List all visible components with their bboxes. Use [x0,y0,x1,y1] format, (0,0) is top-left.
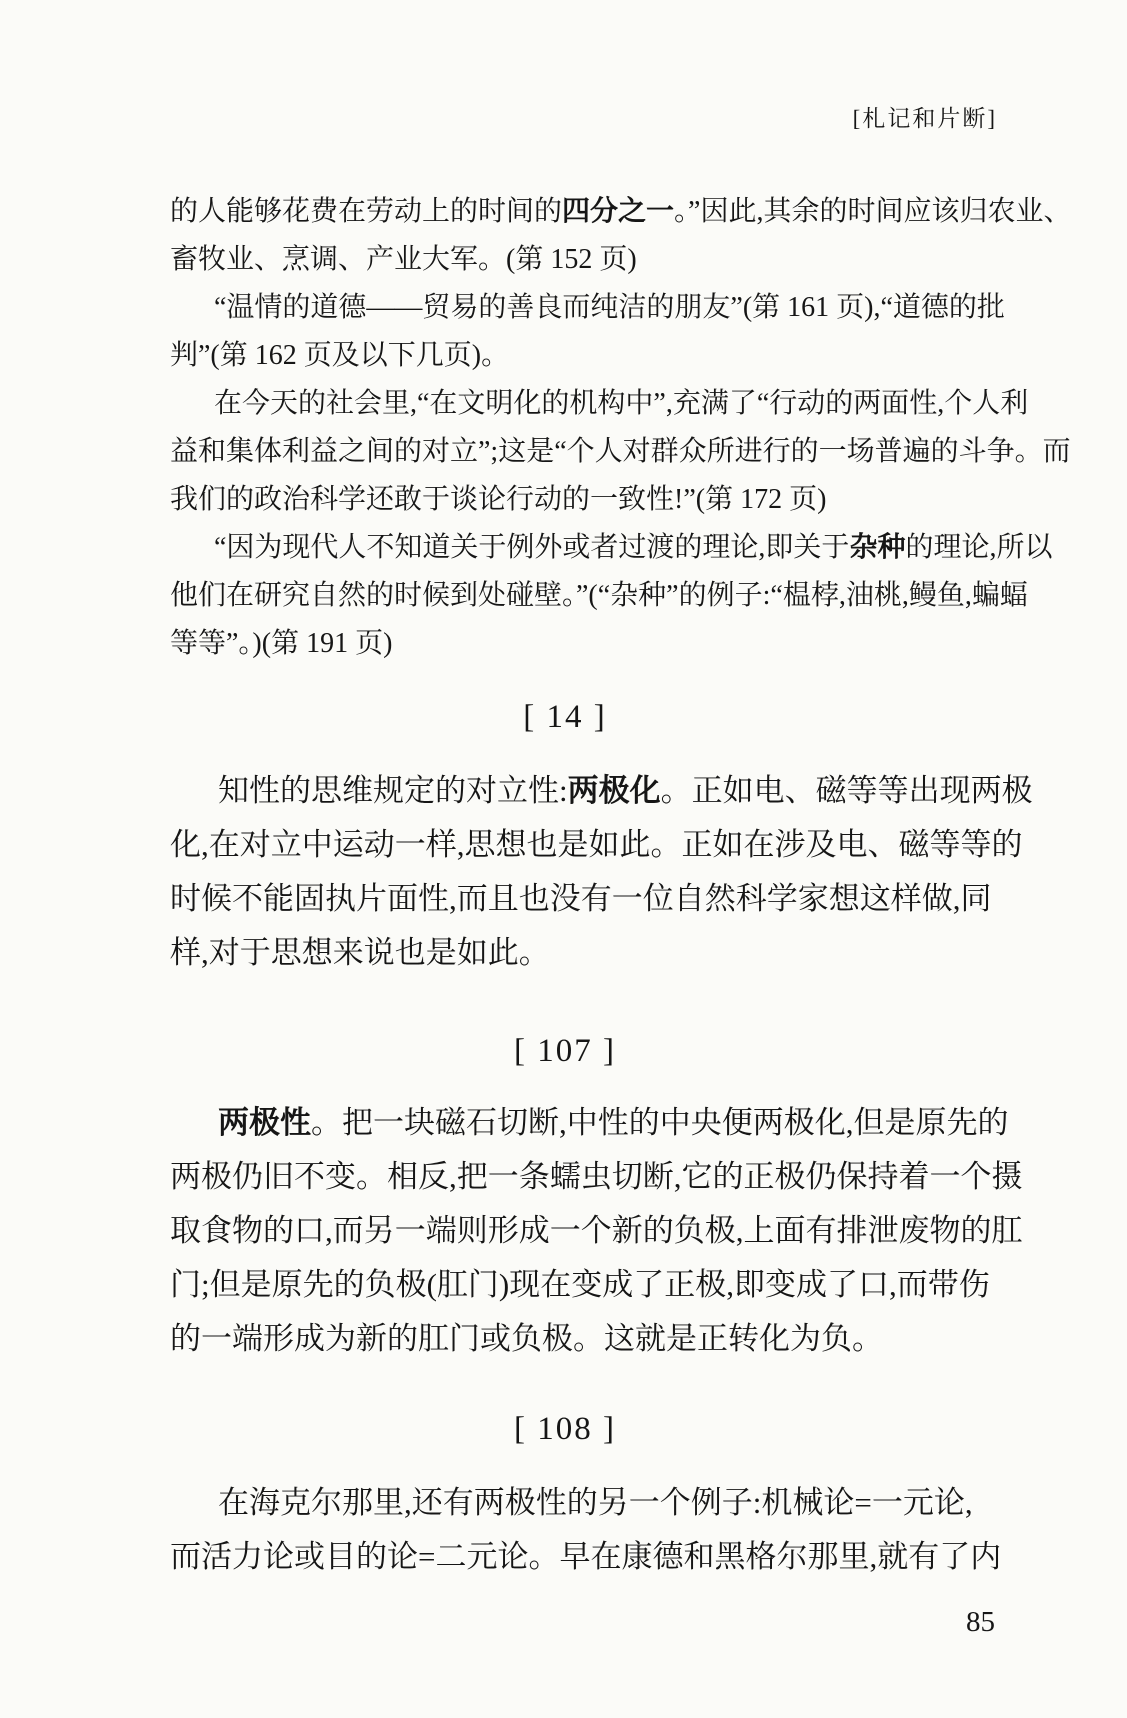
text-line: 两极仍旧不变。相反,把一条蠕虫切断,它的正极仍保持着一个摄 [170,1150,960,1204]
paragraph: 两极性。把一块磁石切断,中性的中央便两极化,但是原先的两极仍旧不变。相反,把一条… [170,1096,960,1366]
text-segment: 的理论,所以 [905,532,1052,563]
section-heading-108: [ 108 ] [170,1406,960,1452]
bold-text-segment: 两极化 [568,773,661,808]
text-segment: 。正如电、磁等等出现两极 [661,773,1033,808]
paragraph: “温情的道德——贸易的善良而纯洁的朋友”(第 161 页),“道德的批判”(第 … [170,284,960,380]
section-108-body: 在海克尔那里,还有两极性的另一个例子:机械论=一元论,而活力论或目的论=二元论。… [170,1476,960,1584]
text-line: 他们在研究自然的时候到处碰壁。”(“杂种”的例子:“榅桲,油桃,鳗鱼,蝙蝠 [170,572,960,620]
text-segment: 化,在对立中运动一样,思想也是如此。正如在涉及电、磁等等的 [170,827,1023,862]
text-line: 两极性。把一块磁石切断,中性的中央便两极化,但是原先的 [170,1096,960,1150]
text-line: 化,在对立中运动一样,思想也是如此。正如在涉及电、磁等等的 [170,818,960,872]
bold-text-segment: 两极性 [218,1105,311,1140]
section-14-body: 知性的思维规定的对立性:两极化。正如电、磁等等出现两极化,在对立中运动一样,思想… [170,764,960,980]
text-segment: 门;但是原先的负极(肛门)现在变成了正极,即变成了口,而带伤 [170,1267,990,1302]
text-line: 在海克尔那里,还有两极性的另一个例子:机械论=一元论, [170,1476,960,1530]
text-segment: 等等”。)(第 191 页) [170,628,392,659]
text-line: 知性的思维规定的对立性:两极化。正如电、磁等等出现两极 [170,764,960,818]
text-segment: 判”(第 162 页及以下几页)。 [170,340,509,371]
paragraph: 在海克尔那里,还有两极性的另一个例子:机械论=一元论,而活力论或目的论=二元论。… [170,1476,960,1584]
text-line: 的一端形成为新的肛门或负极。这就是正转化为负。 [170,1312,960,1366]
text-segment: 在今天的社会里,“在文明化的机构中”,充满了“行动的两面性,个人利 [214,388,1028,419]
text-line: 时候不能固执片面性,而且也没有一位自然科学家想这样做,同 [170,872,960,926]
paragraph: “因为现代人不知道关于例外或者过渡的理论,即关于杂种的理论,所以他们在研究自然的… [170,524,960,668]
text-line: 等等”。)(第 191 页) [170,620,960,668]
text-segment: 而活力论或目的论=二元论。早在康德和黑格尔那里,就有了内 [170,1539,1001,1574]
text-segment: 的人能够花费在劳动上的时间的 [170,196,562,227]
paragraph: 的人能够花费在劳动上的时间的四分之一。”因此,其余的时间应该归农业、畜牧业、烹调… [170,188,960,284]
paragraph: 知性的思维规定的对立性:两极化。正如电、磁等等出现两极化,在对立中运动一样,思想… [170,764,960,980]
text-column: 的人能够花费在劳动上的时间的四分之一。”因此,其余的时间应该归农业、畜牧业、烹调… [170,0,960,1584]
text-line: “因为现代人不知道关于例外或者过渡的理论,即关于杂种的理论,所以 [170,524,960,572]
text-segment: “温情的道德——贸易的善良而纯洁的朋友”(第 161 页),“道德的批 [214,292,1005,323]
text-segment: 他们在研究自然的时候到处碰壁。”(“杂种”的例子:“榅桲,油桃,鳗鱼,蝙蝠 [170,580,1028,611]
text-segment: “因为现代人不知道关于例外或者过渡的理论,即关于 [214,532,849,563]
text-line: 而活力论或目的论=二元论。早在康德和黑格尔那里,就有了内 [170,1530,960,1584]
text-line: 判”(第 162 页及以下几页)。 [170,332,960,380]
text-line: 畜牧业、烹调、产业大军。(第 152 页) [170,236,960,284]
text-line: 的人能够花费在劳动上的时间的四分之一。”因此,其余的时间应该归农业、 [170,188,960,236]
bold-text-segment: 杂种 [849,532,905,563]
text-segment: 在海克尔那里,还有两极性的另一个例子:机械论=一元论, [218,1485,973,1520]
text-segment: 时候不能固执片面性,而且也没有一位自然科学家想这样做,同 [170,881,992,916]
text-segment: 我们的政治科学还敢于谈论行动的一致性!”(第 172 页) [170,484,826,515]
text-segment: 的一端形成为新的肛门或负极。这就是正转化为负。 [170,1321,883,1356]
section-heading-107: [ 107 ] [170,1028,960,1074]
text-segment: 两极仍旧不变。相反,把一条蠕虫切断,它的正极仍保持着一个摄 [170,1159,1023,1194]
paragraph: 在今天的社会里,“在文明化的机构中”,充满了“行动的两面性,个人利益和集体利益之… [170,380,960,524]
text-segment: 样,对于思想来说也是如此。 [170,935,550,970]
book-page: [札记和片断] 的人能够花费在劳动上的时间的四分之一。”因此,其余的时间应该归农… [0,0,1127,1718]
notes-block: 的人能够花费在劳动上的时间的四分之一。”因此,其余的时间应该归农业、畜牧业、烹调… [170,188,960,668]
text-segment: 取食物的口,而另一端则形成一个新的负极,上面有排泄废物的肛 [170,1213,1023,1248]
bold-text-segment: 四分之一 [562,196,674,227]
text-segment: 。把一块磁石切断,中性的中央便两极化,但是原先的 [311,1105,1009,1140]
text-line: 样,对于思想来说也是如此。 [170,926,960,980]
text-line: 益和集体利益之间的对立”;这是“个人对群众所进行的一场普遍的斗争。而 [170,428,960,476]
text-line: “温情的道德——贸易的善良而纯洁的朋友”(第 161 页),“道德的批 [170,284,960,332]
text-segment: 知性的思维规定的对立性: [218,773,568,808]
text-segment: 。”因此,其余的时间应该归农业、 [674,196,1071,227]
section-heading-14: [ 14 ] [170,694,960,740]
text-line: 我们的政治科学还敢于谈论行动的一致性!”(第 172 页) [170,476,960,524]
text-line: 取食物的口,而另一端则形成一个新的负极,上面有排泄废物的肛 [170,1204,960,1258]
page-number: 85 [966,1606,995,1639]
text-line: 在今天的社会里,“在文明化的机构中”,充满了“行动的两面性,个人利 [170,380,960,428]
section-107-body: 两极性。把一块磁石切断,中性的中央便两极化,但是原先的两极仍旧不变。相反,把一条… [170,1096,960,1366]
text-segment: 畜牧业、烹调、产业大军。(第 152 页) [170,244,637,275]
text-line: 门;但是原先的负极(肛门)现在变成了正极,即变成了口,而带伤 [170,1258,960,1312]
text-segment: 益和集体利益之间的对立”;这是“个人对群众所进行的一场普遍的斗争。而 [170,436,1071,467]
